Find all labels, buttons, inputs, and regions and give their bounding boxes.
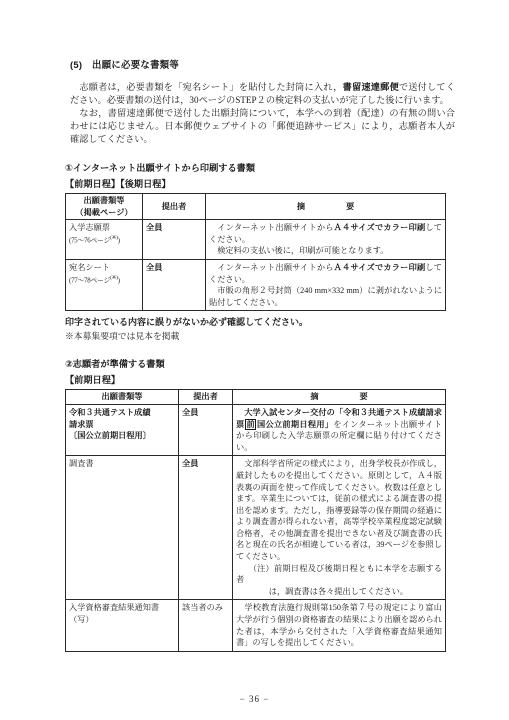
submitter-cell: 全員 [143, 259, 206, 310]
submitter-cell: 全員 [179, 404, 233, 455]
header-remark: 摘 要 [233, 390, 446, 405]
print-documents-table: 出願書類等 （掲載ページ） 提出者 摘 要 入学志願票 (75～76ページ(※)… [65, 193, 446, 311]
confirm-note: 印字されている内容に誤りがないか必ず確認してください。 [65, 315, 455, 328]
document-cell: 調査書 [66, 456, 179, 600]
document-name: 調査書 [69, 458, 175, 470]
document-name: 入学志願票 [69, 222, 139, 234]
header-submitter: 提出者 [179, 390, 233, 405]
submitter-cell: 全員 [179, 456, 233, 600]
subsection2-schedule: 【前期日程】 [65, 372, 455, 386]
header-document-type: 出願書類等 （掲載ページ） [66, 194, 143, 220]
header-remark: 摘 要 [206, 194, 446, 220]
document-name: 入学資格審査結果通知書 （写） [69, 602, 175, 625]
document-cell: 入学志願票 (75～76ページ(※)) [66, 220, 143, 260]
subsection1-schedule: 【前期日程】【後期日程】 [65, 176, 455, 190]
intro-paragraph-1: 志願者は，必要書類を「宛名シート」を貼付した封筒に入れ，書留速達郵便で送付してく… [70, 81, 455, 107]
document-page: (5) 出願に必要な書類等 志願者は，必要書類を「宛名シート」を貼付した封筒に入… [65, 57, 455, 652]
remark-cell: 文部科学省所定の様式により，出身学校長が作成し，厳封したものを提出してください。… [233, 456, 446, 600]
section-heading: (5) 出願に必要な書類等 [70, 57, 455, 71]
submitter-cell: 該当者のみ [179, 600, 233, 651]
remark-cell: 学校教育法施行規則第150条第７号の規定により富山大学が行う個別の資格審査の結果… [233, 600, 446, 651]
subsection1-title: ①インターネット出願サイトから印刷する書類 [65, 160, 455, 174]
sample-note: ※本募集要項では見本を掲載 [65, 329, 455, 342]
intro-paragraph-2: なお，書留速達郵便で送付した出願封筒について，本学への到着（配達）の有無の問い合… [70, 107, 455, 146]
table-row: 宛名シート (77～78ページ(※)) 全員 インターネット出願サイトからＡ４サ… [66, 259, 446, 310]
remark-cell: 大学入試センター交付の「令和３共通テスト成績請求票前国公立前期日程用」をインター… [233, 404, 446, 455]
document-cell: 令和３共通テスト成績 請求票 〔国公立前期日程用〕 [66, 404, 179, 455]
header-document-type: 出願書類等 [66, 390, 179, 405]
subsection2-title: ②志願者が準備する書類 [65, 356, 455, 370]
document-page-ref: (77～78ページ(※)) [69, 274, 139, 285]
document-name: 宛名シート [69, 262, 139, 274]
table-row: 令和３共通テスト成績 請求票 〔国公立前期日程用〕 全員 大学入試センター交付の… [66, 404, 446, 455]
page-number: − 36 − [0, 694, 509, 704]
document-cell: 入学資格審査結果通知書 （写） [66, 600, 179, 651]
table-row: 入学志願票 (75～76ページ(※)) 全員 インターネット出願サイトからＡ４サ… [66, 220, 446, 260]
remark-cell: インターネット出願サイトからＡ４サイズでカラー印刷してください。 検定料の支払い… [206, 220, 446, 260]
document-name: 令和３共通テスト成績 請求票 〔国公立前期日程用〕 [69, 407, 175, 442]
submitter-cell: 全員 [143, 220, 206, 260]
document-cell: 宛名シート (77～78ページ(※)) [66, 259, 143, 310]
table-header-row: 出願書類等 提出者 摘 要 [66, 390, 446, 405]
document-page-ref: (75～76ページ(※)) [69, 234, 139, 245]
remark-cell: インターネット出願サイトからＡ４サイズでカラー印刷してください。 市販の角形２号… [206, 259, 446, 310]
header-submitter: 提出者 [143, 194, 206, 220]
table-row: 調査書 全員 文部科学省所定の様式により，出身学校長が作成し，厳封したものを提出… [66, 456, 446, 600]
table-header-row: 出願書類等 （掲載ページ） 提出者 摘 要 [66, 194, 446, 220]
table-row: 入学資格審査結果通知書 （写） 該当者のみ 学校教育法施行規則第150条第７号の… [66, 600, 446, 651]
prepared-documents-table: 出願書類等 提出者 摘 要 令和３共通テスト成績 請求票 〔国公立前期日程用〕 … [65, 389, 446, 651]
